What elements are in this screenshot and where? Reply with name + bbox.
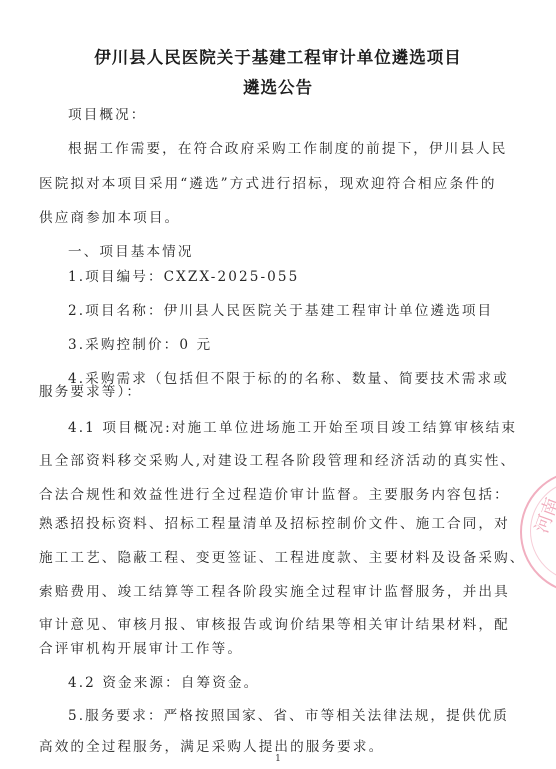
document-title-line1: 伊川县人民医院关于基建工程审计单位遴选项目 xyxy=(0,44,556,68)
document-title-line2: 遴选公告 xyxy=(0,74,556,98)
service-requirements: 5.服务要求：严格按照国家、省、市等相关法律法规，提供优质 xyxy=(68,704,509,724)
section-overview-heading: 项目概况： xyxy=(68,103,146,123)
paragraph-line: 索赔费用、竣工结算等工程各阶段实施全过程审计监督服务，并出具 xyxy=(39,580,510,600)
project-number: 1.项目编号：CXZX-2025-055 xyxy=(68,265,299,285)
section-heading-basic-info: 一、项目基本情况 xyxy=(68,240,194,260)
control-price: 3.采购控制价：0 元 xyxy=(68,333,212,353)
project-name: 2.项目名称：伊川县人民医院关于基建工程审计单位遴选项目 xyxy=(68,299,493,319)
paragraph-line: 高效的全过程服务，满足采购人提出的服务要求。 xyxy=(39,735,384,755)
funding-source: 4.2 资金来源：自筹资金。 xyxy=(68,671,259,691)
paragraph-line: 服务要求等）： xyxy=(39,380,142,400)
document-page: 伊川县人民医院关于基建工程审计单位遴选项目 遴选公告 项目概况： 根据工作需要，… xyxy=(0,0,556,769)
page-number: 1 xyxy=(0,754,556,764)
seal-text: 河南 xyxy=(528,494,556,537)
paragraph-line: 且全部资料移交采购人,对建设工程各阶段管理和经济活动的真实性、 xyxy=(39,449,516,469)
paragraph-line: 熟悉招投标资料、招标工程量清单及招标控制价文件、施工合同，对 xyxy=(39,512,510,532)
paragraph-line: 根据工作需要，在符合政府采购工作制度的前提下，伊川县人民 xyxy=(68,137,507,157)
paragraph-line: 合评审机构开展审计工作等。 xyxy=(39,637,243,657)
official-seal-stamp: 河南 xyxy=(520,470,556,594)
project-overview-4-1: 4.1 项目概况:对施工单位进场施工开始至项目竣工结算审核结束 xyxy=(68,416,517,436)
paragraph-line: 施工工艺、隐蔽工程、变更签证、工程进度款、主要材料及设备采购、 xyxy=(39,546,526,566)
paragraph-line: 审计意见、审核月报、审核报告或询价结果等相关审计结果材料，配 xyxy=(39,613,510,633)
paragraph-line: 合法合规性和效益性进行全过程造价审计监督。主要服务内容包括： xyxy=(39,483,510,503)
paragraph-line: 供应商参加本项目。 xyxy=(39,206,180,226)
paragraph-line: 医院拟对本项目采用“遴选”方式进行招标，现欢迎符合相应条件的 xyxy=(39,172,497,192)
seal-inner-ring xyxy=(530,480,556,582)
